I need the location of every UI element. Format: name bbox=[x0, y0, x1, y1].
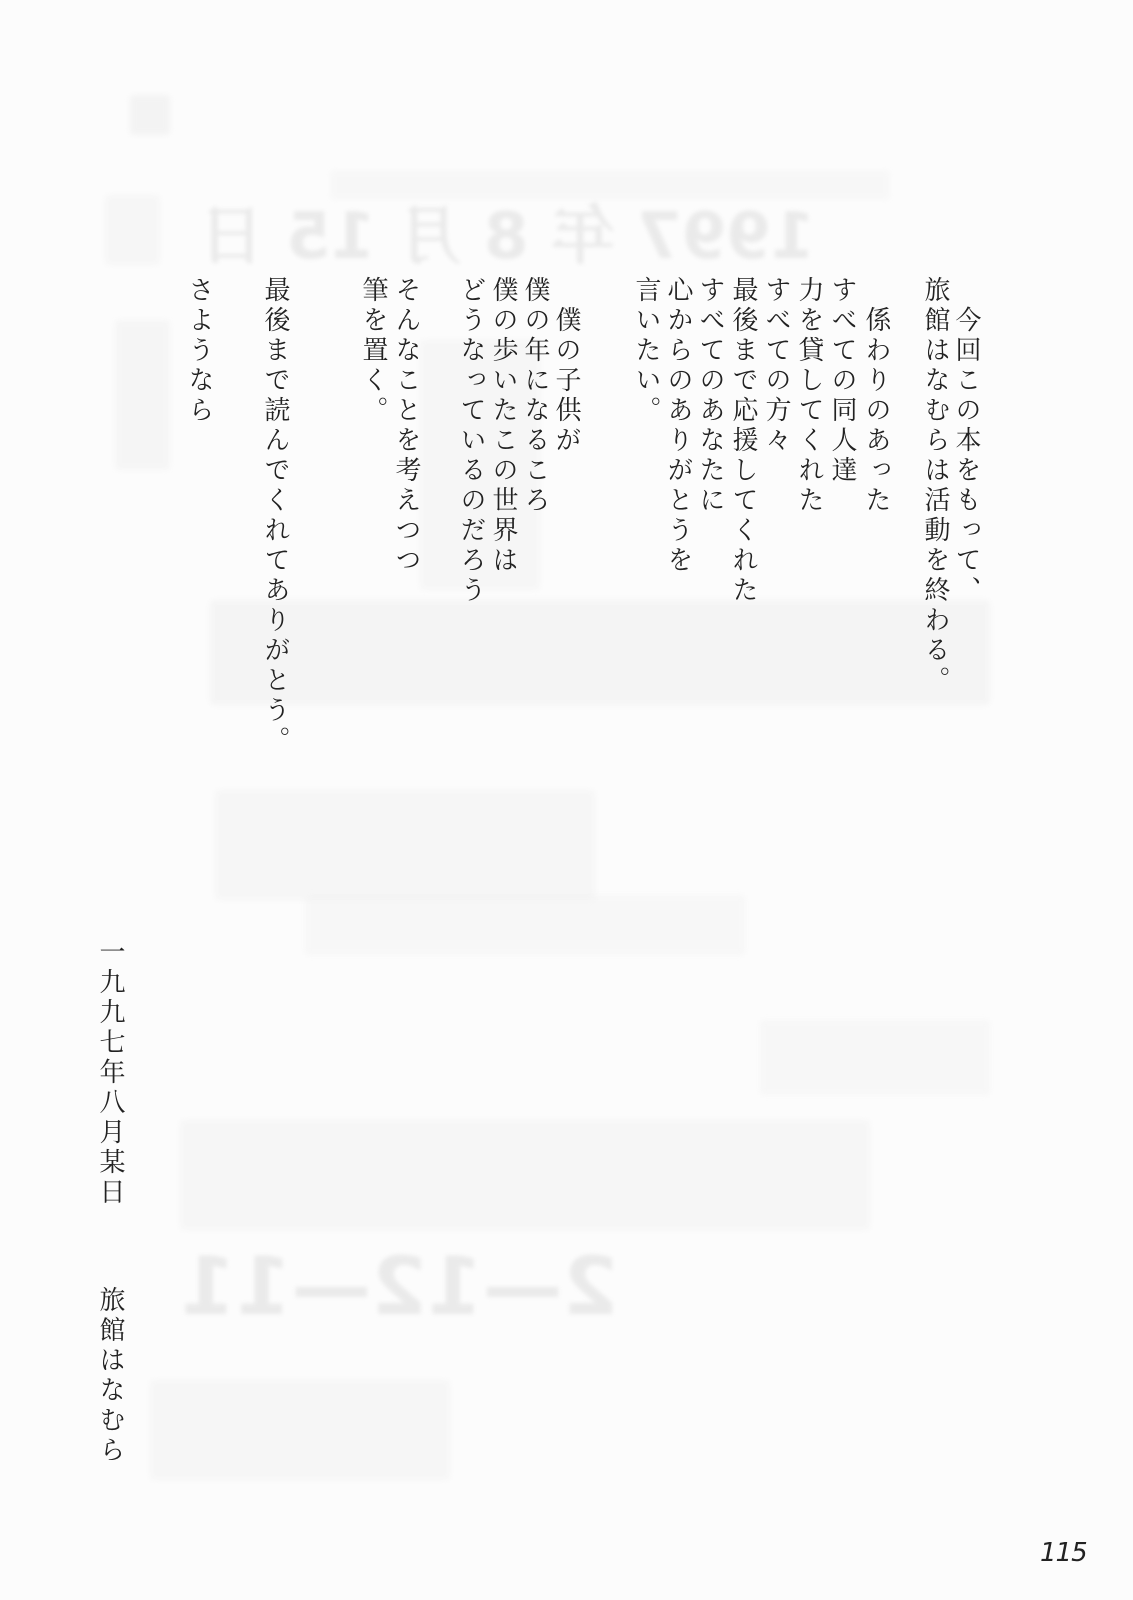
afterword-line: どうなっているのだろう bbox=[455, 276, 487, 606]
afterword-line: すべてのあなたに bbox=[694, 276, 726, 516]
afterword-line: 最後まで応援してくれた bbox=[727, 276, 759, 606]
bleed-through-address: 2—12—11 bbox=[180, 1240, 618, 1333]
signature-author: 旅館はなむら bbox=[94, 1286, 126, 1466]
bleed-through-block bbox=[760, 1020, 990, 1095]
page-number: 115 bbox=[1040, 1538, 1087, 1568]
bleed-through-block bbox=[130, 95, 170, 135]
bleed-through-block bbox=[305, 895, 745, 955]
afterword-line: 僕の歩いたこの世界は bbox=[487, 276, 519, 576]
document-page: 1997 年 8 月 15 日 2—12—11 今回この本をもって、 旅館はなむ… bbox=[0, 0, 1133, 1600]
afterword-line: 最後まで読んでくれてありがとう。 bbox=[259, 276, 291, 756]
signature-date: 一九九七年八月某日 bbox=[94, 938, 126, 1208]
bleed-through-block bbox=[215, 790, 595, 900]
afterword-line: さようなら bbox=[183, 276, 215, 426]
afterword-line: 係わりのあった bbox=[860, 306, 892, 516]
afterword-line: 僕の年になるころ bbox=[519, 276, 551, 516]
bleed-through-block bbox=[210, 600, 990, 705]
bleed-through-block bbox=[150, 1380, 450, 1480]
afterword-line: 言いたい。 bbox=[630, 276, 662, 426]
bleed-through-block bbox=[115, 320, 170, 470]
bleed-through-block bbox=[180, 1120, 870, 1230]
afterword-line: 筆を置く。 bbox=[357, 276, 389, 426]
afterword-line: 僕の子供が bbox=[550, 306, 582, 456]
afterword-line: 今回この本をもって、 bbox=[950, 306, 982, 606]
afterword-line: 力を貸してくれた bbox=[793, 276, 825, 516]
afterword-line: 心からのありがとうを bbox=[662, 276, 694, 576]
afterword-line: すべての方々 bbox=[760, 276, 792, 456]
bleed-through-year: 1997 年 8 月 15 日 bbox=[200, 185, 815, 277]
bleed-through-chevron bbox=[105, 195, 160, 265]
afterword-line: 旅館はなむらは活動を終わる。 bbox=[919, 276, 951, 696]
afterword-line: そんなことを考えつつ bbox=[390, 276, 422, 576]
afterword-line: すべての同人達 bbox=[826, 276, 858, 486]
